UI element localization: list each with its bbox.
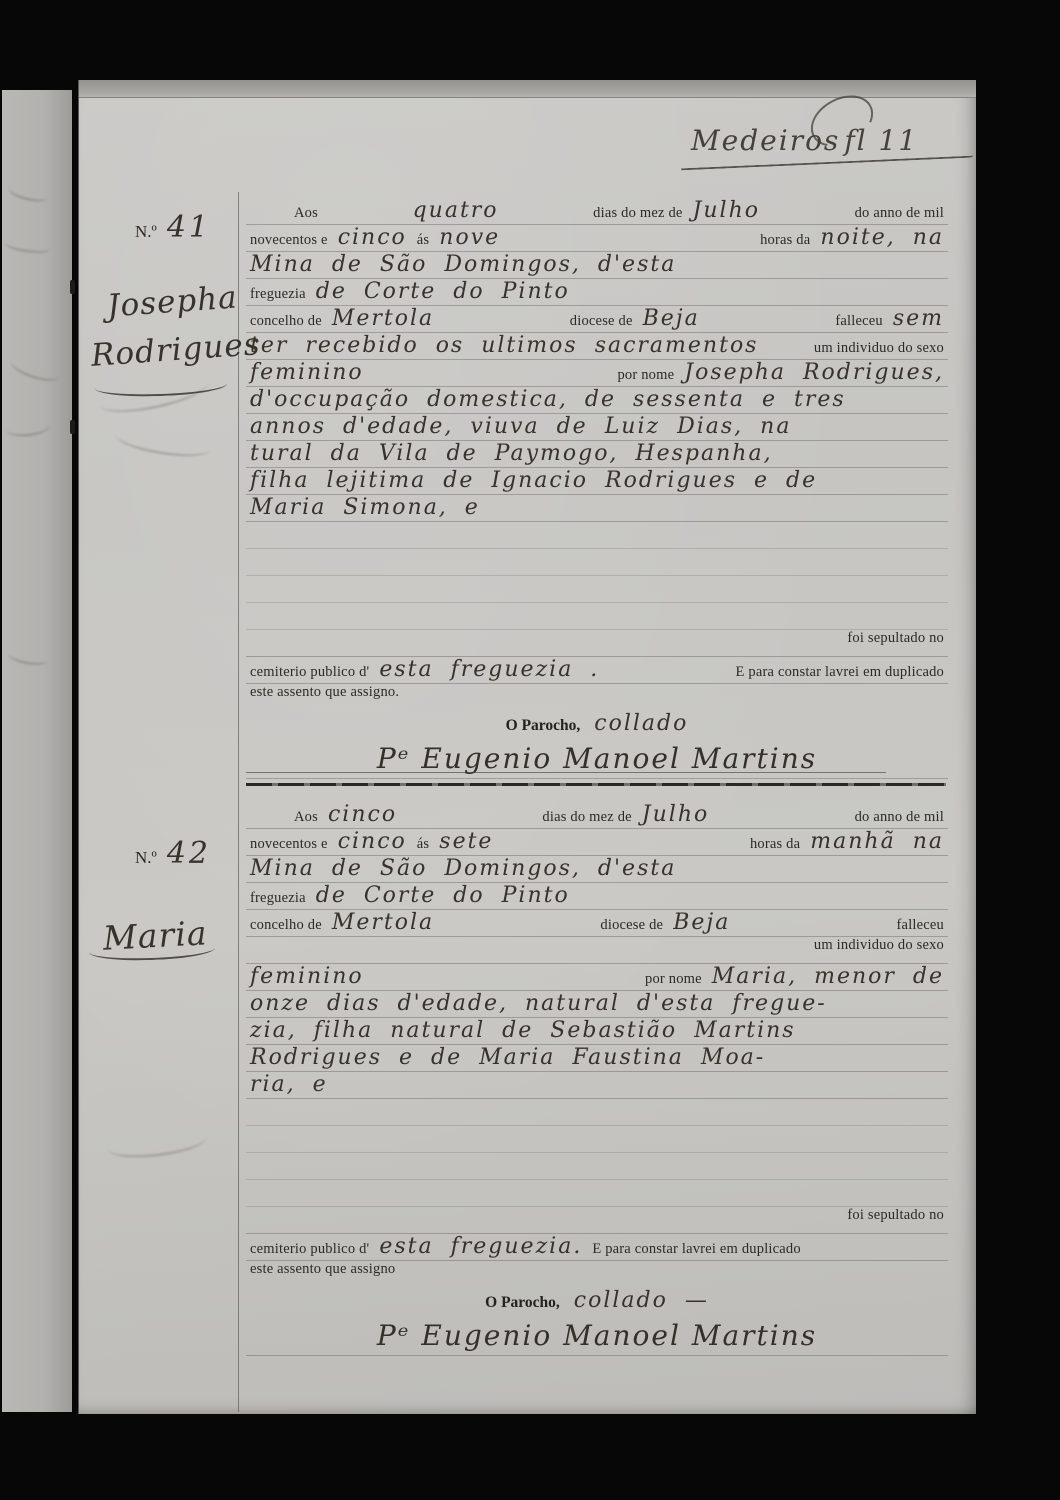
printed-text: E para constar lavrei em duplicado (592, 1241, 801, 1258)
form-line (246, 1153, 948, 1180)
handwritten-text: ria, e (250, 1072, 328, 1097)
handwritten-text: sem (893, 306, 944, 331)
printed-text: foi sepultado no (847, 1207, 944, 1224)
handwritten-text: cinco (328, 802, 397, 827)
bleedthrough-smudge (8, 353, 61, 386)
handwritten-text: Beja (643, 306, 700, 331)
form-line: fregueziade Corte do Pinto (246, 883, 948, 910)
printed-text: concelho de (250, 917, 322, 934)
form-line: foi sepultado no (246, 630, 948, 657)
handwritten-text: Mina de São Domingos, d'esta (250, 856, 676, 881)
form-line: Mina de São Domingos, d'esta (246, 856, 948, 883)
form-line: d'occupação domestica, de sessenta e tre… (246, 387, 948, 414)
printed-text: O Parocho, (485, 1294, 560, 1312)
handwritten-text: onze dias d'edade, natural d'esta fregue… (250, 991, 827, 1016)
handwritten-text: collado — (574, 1288, 709, 1313)
margin-rule-vertical (238, 192, 239, 1412)
form-line (246, 522, 948, 549)
handwritten-text: ter recebido os ultimos sacramentos (250, 333, 758, 358)
form-line: fregueziade Corte do Pinto (246, 279, 948, 306)
printed-text: horas da (760, 232, 810, 249)
form-line: concelho deMertoladiocese deBejafalleceu (246, 910, 948, 937)
handwritten-text: d'occupação domestica, de sessenta e tre… (250, 387, 846, 412)
printed-text: ás (417, 836, 429, 853)
printed-text: novecentos e (250, 836, 328, 853)
form-line: O Parocho,collado — (246, 1288, 948, 1319)
form-line: este assento que assigno (246, 1261, 948, 1288)
form-line: este assento que assigno. (246, 684, 948, 711)
form-line: annos d'edade, viuva de Luiz Dias, na (246, 414, 948, 441)
margin-name-rodrigues: Rodrigues (90, 326, 262, 374)
binding-stitch (70, 280, 75, 294)
printed-text: concelho de (250, 313, 322, 330)
printed-text: falleceu (835, 313, 882, 330)
bleedthrough-smudge (114, 423, 213, 462)
handwritten-text: nove (439, 225, 500, 250)
form-line: Rodrigues e de Maria Faustina Moa- (246, 1045, 948, 1072)
printed-text: horas da (750, 836, 800, 853)
record-separator-thin (246, 772, 886, 773)
bleedthrough-smudge (7, 181, 49, 204)
form-line: Maria Simona, e (246, 495, 948, 522)
form-line: ria, e (246, 1072, 948, 1099)
form-line: cemiterio publico d'esta freguezia .E pa… (246, 657, 948, 684)
printed-text: novecentos e (250, 232, 328, 249)
form-line: zia, filha natural de Sebastião Martins (246, 1018, 948, 1045)
record-42-body: Aoscincodias do mez deJulhodo anno de mi… (246, 802, 948, 1356)
handwritten-text: feminino (250, 360, 364, 385)
printed-text: este assento que assigno. (250, 684, 399, 701)
handwritten-text: tural da Vila de Paymogo, Hespanha, (250, 441, 773, 466)
folio-annotation: Medeiros fl 11 (691, 124, 981, 157)
printed-text: do anno de mil (855, 809, 944, 826)
printed-text: um individuo do sexo (814, 340, 944, 357)
annotation-underline (681, 156, 973, 171)
printed-text: O Parocho, (506, 717, 581, 735)
handwritten-text: Josepha Rodrigues, (684, 360, 944, 385)
handwritten-text: Pᵉ Eugenio Manoel Martins (377, 1319, 817, 1352)
form-line: Mina de São Domingos, d'esta (246, 252, 948, 279)
handwritten-text: Mertola (332, 910, 434, 935)
printed-text: cemiterio publico d' (250, 664, 369, 681)
printed-text: dias do mez de (542, 809, 631, 826)
form-line (246, 1099, 948, 1126)
margin-name-flourish (89, 940, 216, 962)
scanned-register-photo: { "colors": { "paper": "#c8c7c4", "print… (0, 0, 1060, 1500)
handwritten-text: collado (594, 711, 688, 736)
handwritten-text: Maria, menor de (712, 964, 944, 989)
form-line: Aosquatrodias do mez deJulhodo anno de m… (246, 198, 948, 225)
handwritten-text: Julho (693, 198, 760, 223)
printed-text: falleceu (897, 917, 944, 934)
record-separator-thick (246, 783, 946, 786)
handwritten-text: annos d'edade, viuva de Luiz Dias, na (250, 414, 791, 439)
record-42-number: N.º 42 (135, 836, 211, 871)
printed-text: freguezia (250, 286, 306, 303)
form-line: novecentos ecincoássetehoras damanhã na (246, 829, 948, 856)
margin-name-josepha: Josepha (106, 279, 239, 324)
handwritten-text: Mertola (332, 306, 434, 331)
printed-text: diocese de (570, 313, 633, 330)
handwritten-text: sete (439, 829, 493, 854)
handwritten-text: filha lejitima de Ignacio Rodrigues e de (250, 468, 817, 493)
form-line: concelho deMertoladiocese deBejafalleceu… (246, 306, 948, 333)
printed-text: este assento que assigno (250, 1261, 395, 1278)
record-41-number: N.º 41 (135, 210, 211, 245)
printed-text: cemiterio publico d' (250, 1241, 369, 1258)
previous-page-edge (2, 90, 72, 1412)
form-line: femininopor nomeMaria, menor de (246, 964, 948, 991)
binding-stitch (70, 420, 75, 434)
form-line: onze dias d'edade, natural d'esta fregue… (246, 991, 948, 1018)
form-line (246, 603, 948, 630)
handwritten-text: Rodrigues e de Maria Faustina Moa- (250, 1045, 765, 1070)
form-line: Pᵉ Eugenio Manoel Martins (246, 742, 948, 779)
handwritten-text: noite, na (820, 225, 944, 250)
printed-text: Aos (294, 809, 318, 826)
form-line: foi sepultado no (246, 1207, 948, 1234)
form-line: um individuo do sexo (246, 937, 948, 964)
bleedthrough-smudge (5, 418, 50, 439)
form-line (246, 576, 948, 603)
printed-text: um individuo do sexo (814, 937, 944, 954)
form-line: novecentos ecincoásnovehoras danoite, na (246, 225, 948, 252)
form-line (246, 1180, 948, 1207)
printed-text: ás (417, 232, 429, 249)
printed-text: dias do mez de (593, 205, 682, 222)
printed-text: por nome (617, 367, 674, 384)
handwritten-text: esta freguezia . (379, 657, 599, 682)
form-line: tural da Vila de Paymogo, Hespanha, (246, 441, 948, 468)
printed-text: E para constar lavrei em duplicado (735, 664, 944, 681)
handwritten-text: Pᵉ Eugenio Manoel Martins (377, 742, 817, 775)
register-page: Medeiros fl 11 N.º 41 Josepha Rodrigues … (78, 80, 976, 1414)
form-line: femininopor nomeJosepha Rodrigues, (246, 360, 948, 387)
handwritten-text: de Corte do Pinto (316, 883, 570, 908)
handwritten-text: feminino (250, 964, 364, 989)
printed-text: freguezia (250, 890, 306, 907)
handwritten-text: Julho (642, 802, 709, 827)
number-label: N.º (135, 848, 157, 868)
bleedthrough-smudge (106, 1124, 208, 1162)
printed-text: foi sepultado no (847, 630, 944, 647)
handwritten-text: manhã na (810, 829, 944, 854)
printed-text: diocese de (600, 917, 663, 934)
handwritten-text: cinco (338, 225, 407, 250)
number-label: N.º (135, 222, 157, 242)
number-value: 41 (167, 210, 211, 245)
handwritten-text: cinco (338, 829, 407, 854)
form-line: filha lejitima de Ignacio Rodrigues e de (246, 468, 948, 495)
handwritten-text: quatro (413, 198, 499, 223)
handwritten-text: Mina de São Domingos, d'esta (250, 252, 676, 277)
printed-text: por nome (645, 971, 702, 988)
bleedthrough-smudge (7, 647, 49, 668)
handwritten-text: zia, filha natural de Sebastião Martins (250, 1018, 796, 1043)
form-line: Pᵉ Eugenio Manoel Martins (246, 1319, 948, 1356)
form-line: ter recebido os ultimos sacramentosum in… (246, 333, 948, 360)
number-value: 42 (167, 836, 211, 871)
margin-name-flourish (95, 374, 228, 399)
form-line: cemiterio publico d'esta freguezia.E par… (246, 1234, 948, 1261)
record-41-body: Aosquatrodias do mez deJulhodo anno de m… (246, 198, 948, 779)
handwritten-text: esta freguezia. (379, 1234, 582, 1259)
printed-text: Aos (294, 205, 318, 222)
form-line (246, 549, 948, 576)
printed-text: do anno de mil (855, 205, 944, 222)
form-line: O Parocho,collado (246, 711, 948, 742)
handwritten-text: Beja (673, 910, 730, 935)
form-line (246, 1126, 948, 1153)
form-line: Aoscincodias do mez deJulhodo anno de mi… (246, 802, 948, 829)
bleedthrough-smudge (3, 237, 50, 255)
handwritten-text: Maria Simona, e (250, 495, 480, 520)
handwritten-text: de Corte do Pinto (316, 279, 570, 304)
